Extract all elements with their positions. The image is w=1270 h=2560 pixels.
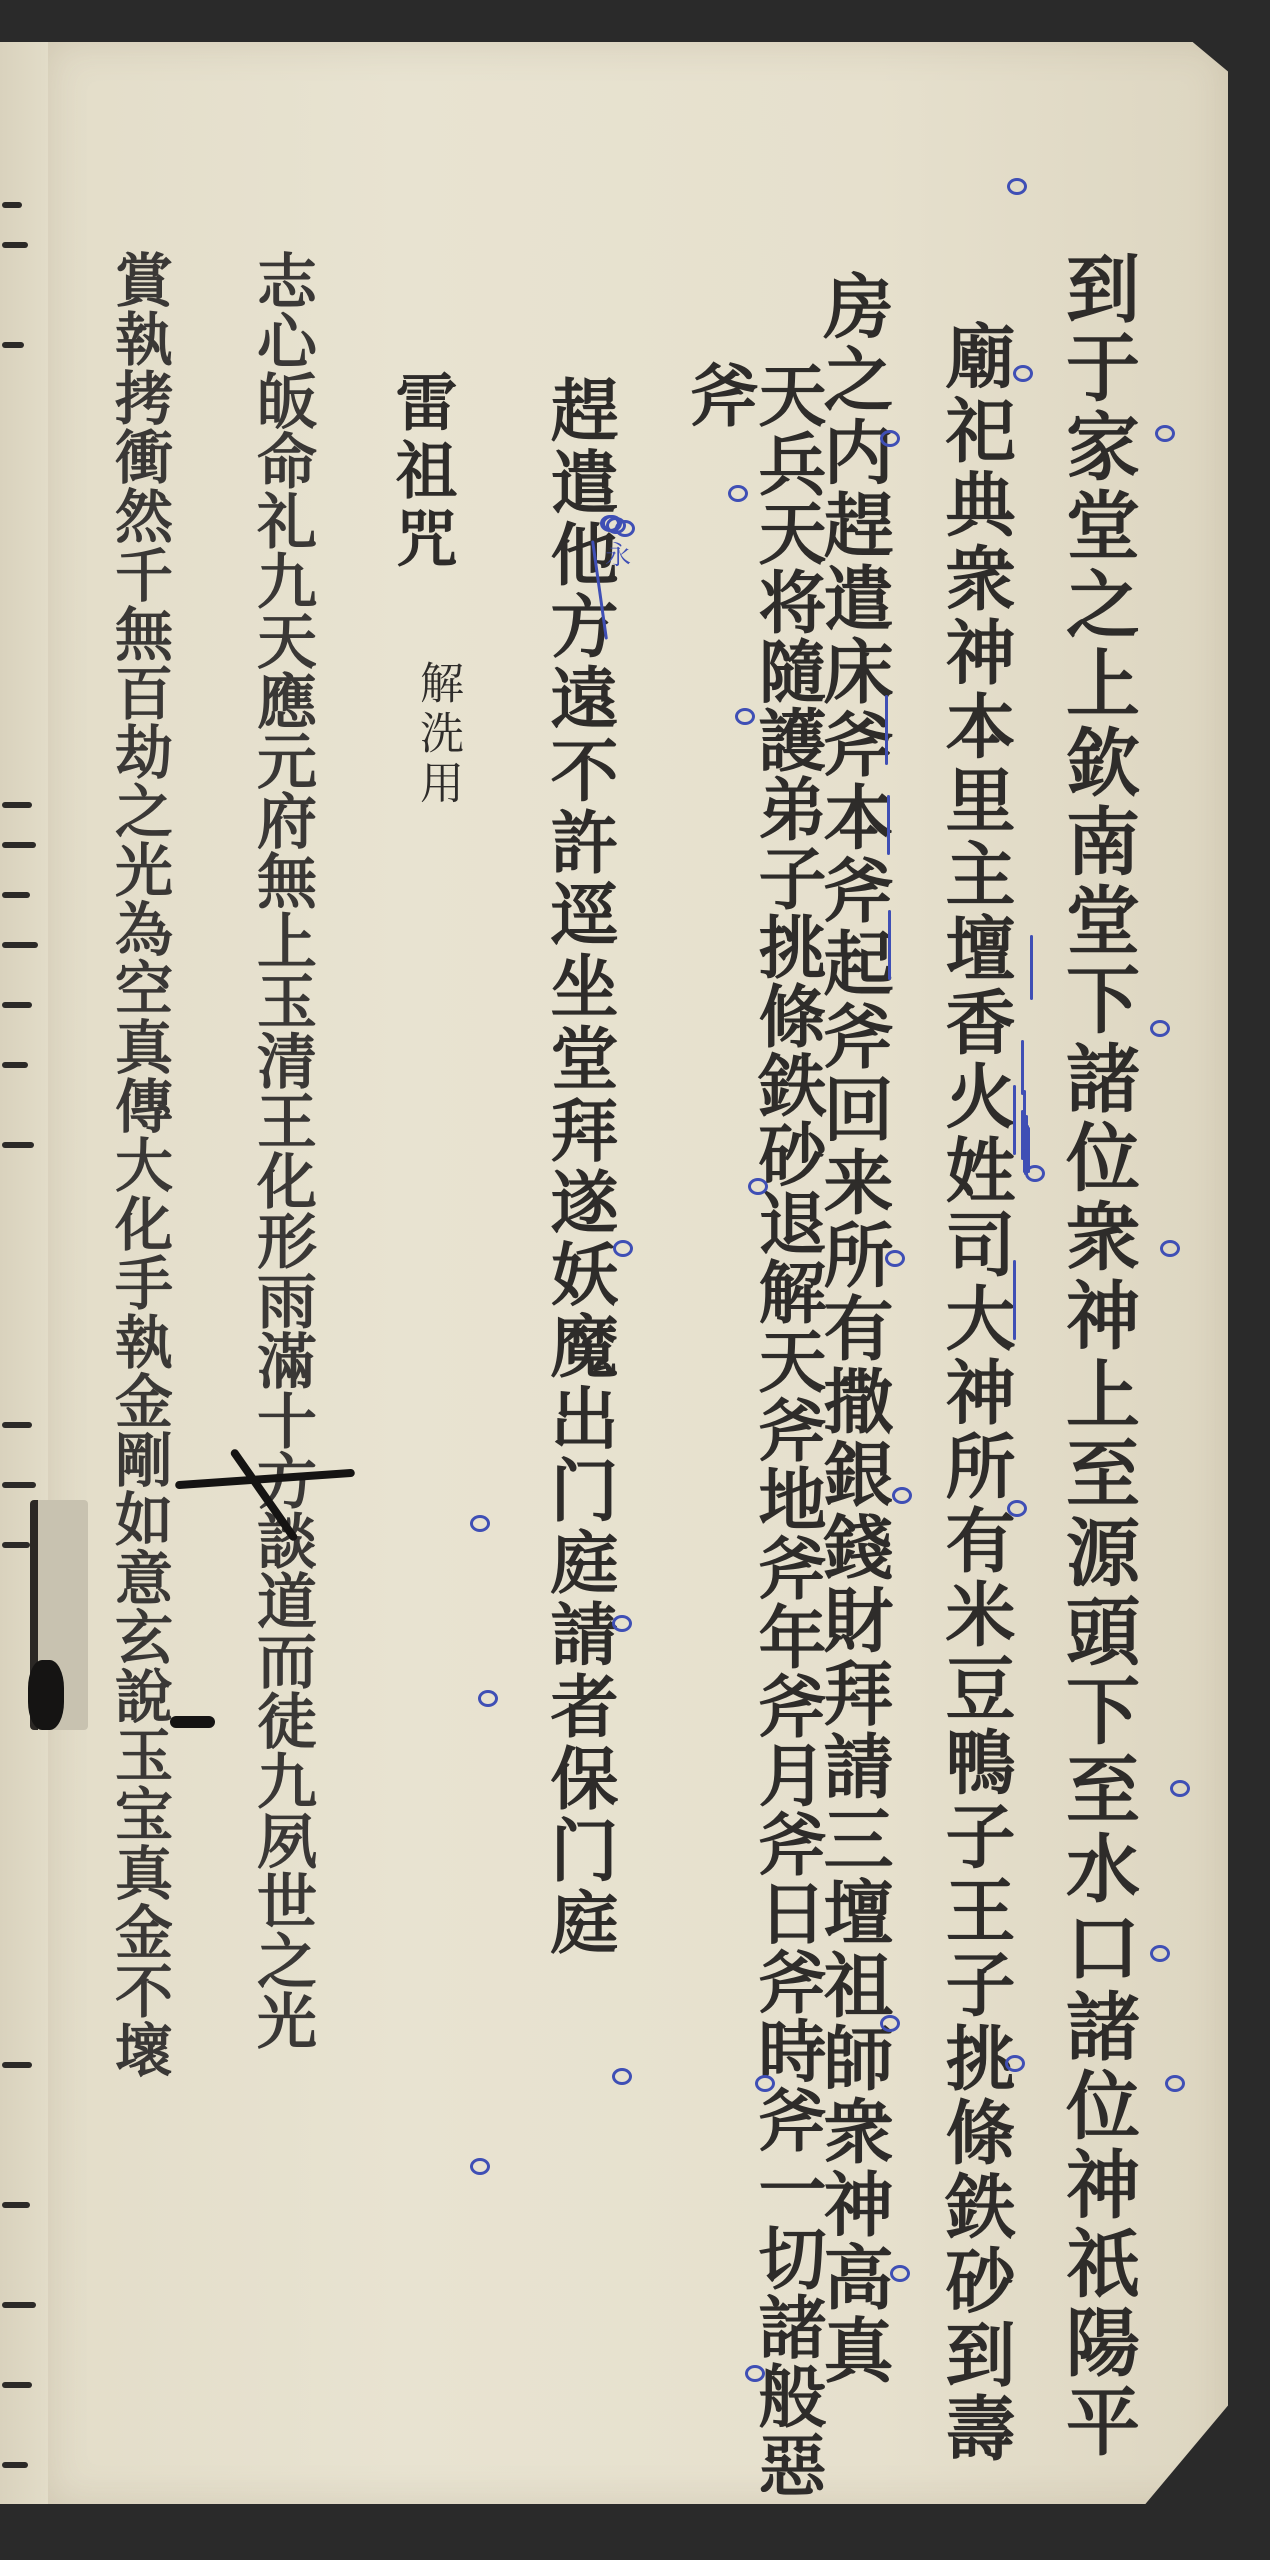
punctuation-mark — [1155, 425, 1175, 442]
punctuation-mark — [606, 517, 626, 534]
punctuation-mark — [1013, 365, 1033, 382]
punctuation-mark — [1165, 2075, 1185, 2092]
ink-dash — [170, 1716, 215, 1728]
proper-name-mark — [1027, 1127, 1030, 1173]
punctuation-mark — [745, 2365, 765, 2382]
punctuation-mark — [755, 2075, 775, 2092]
margin-annotation: 永 — [605, 535, 631, 572]
text-column-8: 賞執拷衝然千無百劫之光為空真傳大化手執金剛如意玄說玉宝真金不壞 — [110, 250, 168, 2079]
punctuation-mark — [470, 2158, 490, 2175]
text-column-4: 天兵天将隨護弟子挑條鉄砂退解天斧地斧年斧月斧日斧時斧一切諸般惡斧 — [685, 360, 821, 2560]
text-column-2: 廟祀典衆神本里主壇香火姓司大神所有米豆鴨子王子挑條鉄砂到壽 — [940, 320, 1010, 2466]
punctuation-mark — [1150, 1020, 1170, 1037]
text-column-7: 志心皈命礼九天應元府無上玉清王化形雨滿十方談道而徒九夙世之光 — [252, 250, 312, 2050]
punctuation-mark — [470, 1515, 490, 1532]
proper-name-mark — [887, 795, 890, 855]
ink-blot — [28, 1660, 64, 1730]
punctuation-mark — [1170, 1780, 1190, 1797]
punctuation-mark — [1007, 178, 1027, 195]
proper-name-mark — [1023, 1090, 1026, 1150]
punctuation-mark — [880, 2015, 900, 2032]
proper-name-mark — [885, 695, 888, 765]
proper-name-mark — [1030, 935, 1033, 1000]
proper-name-mark — [1021, 1040, 1024, 1095]
punctuation-mark — [892, 1487, 912, 1504]
punctuation-mark — [890, 2265, 910, 2282]
previous-page-edge — [0, 42, 50, 2504]
manuscript-page — [48, 42, 1228, 2504]
section-note: 解洗用 — [415, 660, 459, 810]
proper-name-mark — [1013, 1260, 1016, 1340]
punctuation-mark — [612, 1615, 632, 1632]
punctuation-mark — [613, 1240, 633, 1257]
punctuation-mark — [612, 2068, 632, 2085]
punctuation-mark — [748, 1178, 768, 1195]
punctuation-mark — [1007, 1500, 1027, 1517]
text-column-1: 到于家堂之上欽南堂下諸位衆神上至源頭下至水口諸位神祇陽平 — [1060, 250, 1134, 2462]
section-title: 雷祖咒 — [390, 370, 452, 574]
punctuation-mark — [880, 430, 900, 447]
punctuation-mark — [478, 1690, 498, 1707]
punctuation-mark — [728, 485, 748, 502]
punctuation-mark — [735, 708, 755, 725]
proper-name-mark — [1013, 1085, 1016, 1155]
punctuation-mark — [885, 1250, 905, 1267]
proper-name-mark — [888, 910, 891, 980]
punctuation-mark — [1005, 2055, 1025, 2072]
punctuation-mark — [1150, 1945, 1170, 1962]
text-column-3: 房之内趕遣床斧本斧起斧回来所有撒銀錢財拜請三壇祖師衆神高真 — [818, 270, 888, 2387]
punctuation-mark — [1160, 1240, 1180, 1257]
